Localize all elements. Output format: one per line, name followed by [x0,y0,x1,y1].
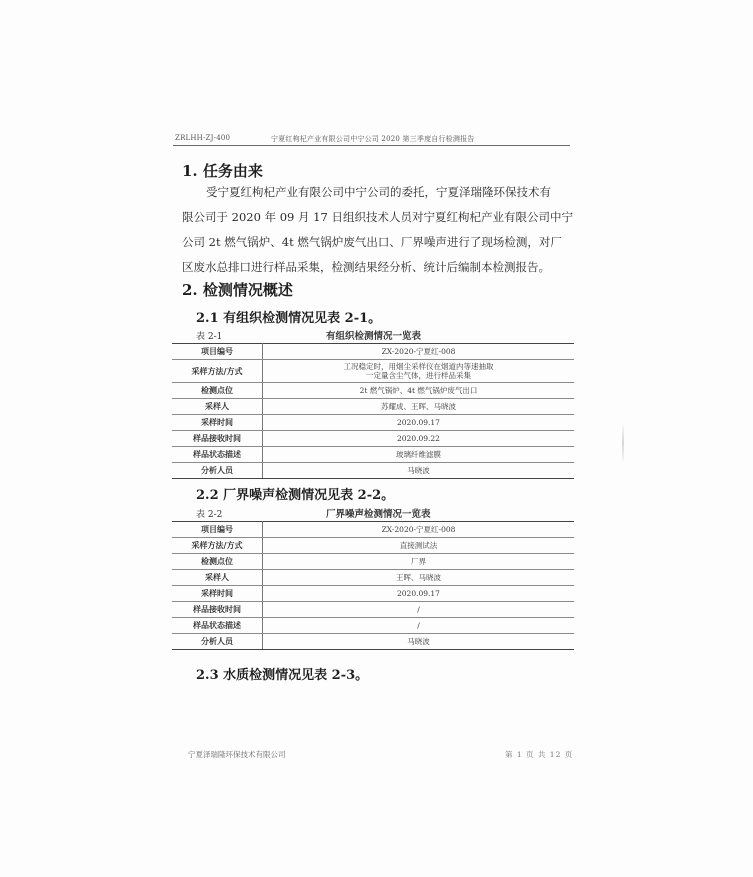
row-value: ZX-2020-宁夏红-008 [263,344,575,360]
row-key: 检测点位 [172,554,263,570]
scan-artifact [622,425,624,461]
row-value: 工况稳定时，用烟尘采样仪在烟道内等速抽取 一定量含尘气体，进行样品采集 [263,360,575,383]
row-value: ZX-2020-宁夏红-008 [263,522,575,538]
table-row: 项目编号 ZX-2020-宁夏红-008 [172,522,574,538]
table-2-2-caption: 表 2-2 厂界噪声检测情况一览表 [172,506,574,520]
row-key: 分析人员 [172,634,263,650]
table-title: 有组织检测情况一览表 [326,328,421,342]
footer-company: 宁夏泽瑞隆环保技术有限公司 [188,749,286,760]
table-2-1-caption: 表 2-1 有组织检测情况一览表 [172,328,574,342]
row-value: 王晖、马晓波 [263,570,575,586]
row-key: 分析人员 [172,463,263,479]
table-row: 采样时间 2020.09.17 [172,415,574,431]
row-key: 样品状态描述 [172,618,263,634]
row-key: 项目编号 [172,522,263,538]
row-key: 采样时间 [172,586,263,602]
paragraph-line: 公司 2t 燃气锅炉、4t 燃气锅炉废气出口、厂界噪声进行了现场检测，对厂 [182,230,572,255]
subsection-2-3-heading: 2.3 水质检测情况见表 2-3。 [196,664,368,683]
table-row: 采样人 苏耀成、王晖、马晓波 [172,399,574,415]
table-row: 检测点位 2t 燃气锅炉、4t 燃气锅炉废气出口 [172,383,574,399]
row-value: 2t 燃气锅炉、4t 燃气锅炉废气出口 [263,383,575,399]
row-value: 马晓波 [263,463,575,479]
paragraph-line: 受宁夏红枸杞产业有限公司中宁公司的委托，宁夏泽瑞隆环保技术有 [182,180,572,205]
row-key: 采样方法/方式 [172,538,263,554]
row-key: 样品状态描述 [172,447,263,463]
table-row: 采样人 王晖、马晓波 [172,570,574,586]
row-value: / [263,618,575,634]
row-key: 采样人 [172,399,263,415]
row-value: 直接测试法 [263,538,575,554]
footer-page-info: 第 1 页 共 12 页 [505,749,573,760]
doc-title: 宁夏红枸杞产业有限公司中宁公司 2020 第三季度自行检测报告 [271,134,474,144]
row-value: 2020.09.17 [263,586,575,602]
table-row: 项目编号 ZX-2020-宁夏红-008 [172,344,574,360]
table-2-2: 项目编号 ZX-2020-宁夏红-008 采样方法/方式 直接测试法 检测点位 … [172,521,574,650]
doc-code: ZRLHH-ZJ-400 [175,134,230,142]
row-value: 苏耀成、王晖、马晓波 [263,399,575,415]
table-row: 分析人员 马晓波 [172,463,574,479]
table-number: 表 2-2 [196,507,222,520]
paragraph-line: 区废水总排口进行样品采集，检测结果经分析、统计后编制本检测报告。 [182,255,572,280]
table-row: 采样时间 2020.09.17 [172,586,574,602]
table-row: 采样方法/方式 工况稳定时，用烟尘采样仪在烟道内等速抽取 一定量含尘气体，进行样… [172,360,574,383]
page-header: ZRLHH-ZJ-400 宁夏红枸杞产业有限公司中宁公司 2020 第三季度自行… [173,131,570,146]
table-row: 样品状态描述 / [172,618,574,634]
section-1-paragraph: 受宁夏红枸杞产业有限公司中宁公司的委托，宁夏泽瑞隆环保技术有 限公司于 2020… [182,180,572,280]
subsection-2-1-heading: 2.1 有组织检测情况见表 2-1。 [196,307,381,326]
row-key: 样品接收时间 [172,431,263,447]
row-key: 项目编号 [172,344,263,360]
section-1-heading: 1. 任务由来 [182,160,263,181]
table-title: 厂界噪声检测情况一览表 [326,506,431,520]
row-value: 2020.09.17 [263,415,575,431]
row-key: 采样时间 [172,415,263,431]
row-value: 玻璃纤维滤膜 [263,447,575,463]
document-page: ZRLHH-ZJ-400 宁夏红枸杞产业有限公司中宁公司 2020 第三季度自行… [0,0,753,877]
table-row: 样品接收时间 / [172,602,574,618]
section-2-heading: 2. 检测情况概述 [182,279,293,300]
table-2-1: 项目编号 ZX-2020-宁夏红-008 采样方法/方式 工况稳定时，用烟尘采样… [172,343,574,479]
row-value: 2020.09.22 [263,431,575,447]
row-value: 厂界 [263,554,575,570]
paragraph-line: 限公司于 2020 年 09 月 17 日组织技术人员对宁夏红枸杞产业有限公司中… [182,205,572,230]
table-number: 表 2-1 [196,329,222,342]
table-row: 样品状态描述 玻璃纤维滤膜 [172,447,574,463]
row-key: 采样人 [172,570,263,586]
table-row: 样品接收时间 2020.09.22 [172,431,574,447]
row-key: 采样方法/方式 [172,360,263,383]
row-value: / [263,602,575,618]
table-row: 检测点位 厂界 [172,554,574,570]
row-value-line: 工况稳定时，用烟尘采样仪在烟道内等速抽取 [263,362,574,371]
row-key: 样品接收时间 [172,602,263,618]
row-value: 马晓波 [263,634,575,650]
table-row: 分析人员 马晓波 [172,634,574,650]
table-row: 采样方法/方式 直接测试法 [172,538,574,554]
subsection-2-2-heading: 2.2 厂界噪声检测情况见表 2-2。 [196,484,394,503]
row-value-line: 一定量含尘气体，进行样品采集 [263,371,574,380]
row-key: 检测点位 [172,383,263,399]
